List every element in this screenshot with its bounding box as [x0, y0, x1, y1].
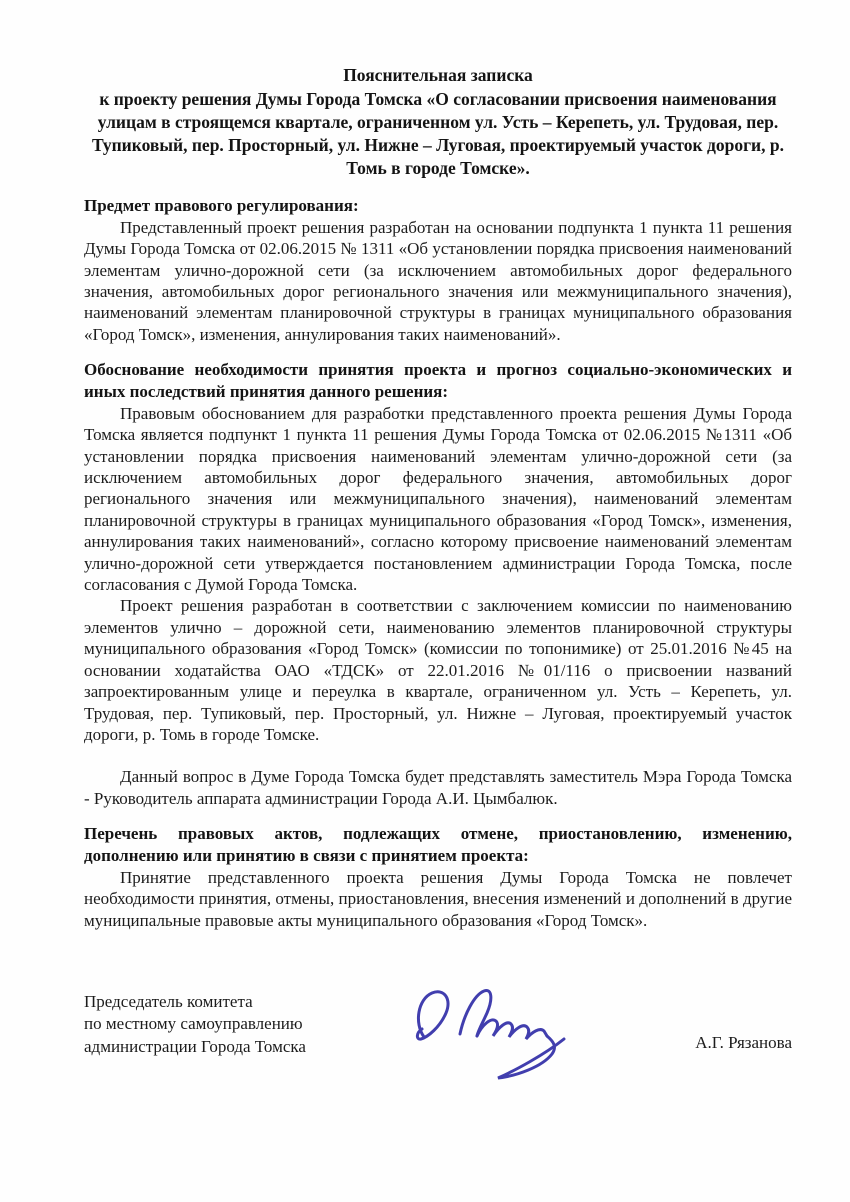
paragraph: Данный вопрос в Думе Города Томска будет… [84, 766, 792, 809]
document-subtitle: к проекту решения Думы Города Томска «О … [84, 88, 792, 180]
handwritten-signature [394, 979, 609, 1089]
section-heading: Обоснование необходимости принятия проек… [84, 359, 792, 403]
paragraph: Представленный проект решения разработан… [84, 217, 792, 345]
section-legal-acts: Перечень правовых актов, подлежащих отме… [84, 823, 792, 931]
document-page: Пояснительная записка к проекту решения … [0, 0, 850, 1202]
paragraph: Правовым обоснованием для разработки пре… [84, 403, 792, 596]
signatory-role: Председатель комитета по местному самоуп… [84, 991, 306, 1059]
document-title: Пояснительная записка [84, 64, 792, 87]
section-heading: Перечень правовых актов, подлежащих отме… [84, 823, 792, 867]
signature-stroke [417, 990, 564, 1077]
section-subject: Предмет правового регулирования: Предста… [84, 195, 792, 345]
signatory-name: А.Г. Рязанова [695, 991, 792, 1053]
document-title-block: Пояснительная записка к проекту решения … [84, 64, 792, 180]
paragraph: Принятие представленного проекта решения… [84, 867, 792, 931]
signature-block: Председатель комитета по местному самоуп… [84, 991, 792, 1089]
section-heading: Предмет правового регулирования: [84, 195, 792, 217]
paragraph: Проект решения разработан в соответствии… [84, 595, 792, 745]
section-justification: Обоснование необходимости принятия проек… [84, 359, 792, 809]
